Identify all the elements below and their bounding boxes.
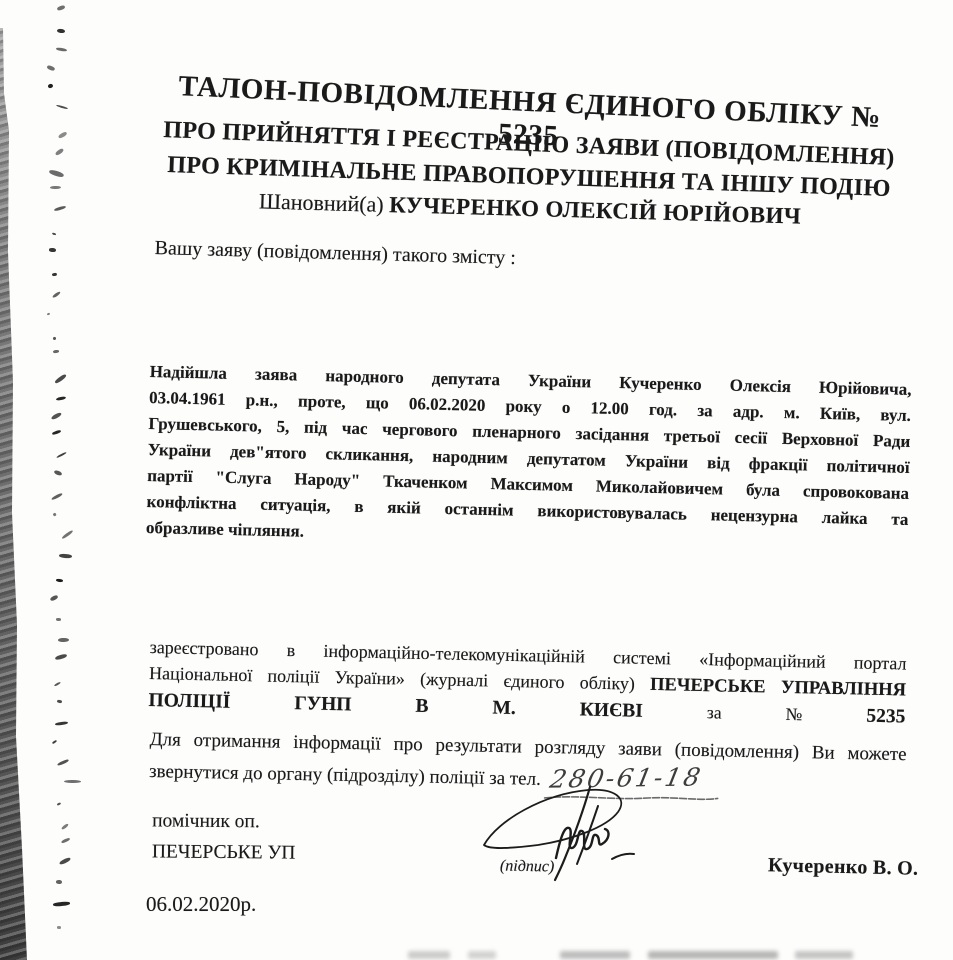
handwritten-signature-icon (466, 784, 648, 882)
salutation-prefix: Шановний(а) (259, 188, 385, 216)
signature-caption: (підпис) (500, 858, 555, 877)
statement-paragraph: Надійшла заява народного депутата Україн… (146, 359, 912, 559)
police-department-name: ПЕЧЕРСЬКЕ УПРАВЛІННЯ (650, 675, 906, 701)
numero-sign: № (785, 701, 802, 727)
registration-word: В (415, 694, 429, 720)
registration-word: ГУНП (294, 691, 352, 718)
scan-edge-shadow (0, 28, 27, 960)
signer-position-block: помічник оп. ПЕЧЕРСЬКЕ УП (152, 805, 296, 868)
fold-crease-marks (0, 0, 120, 960)
intro-line: Вашу заяву (повідомлення) такого змісту … (154, 237, 516, 270)
scanned-document-page: ТАЛОН-ПОВІДОМЛЕННЯ ЄДИНОГО ОБЛІКУ № 5235… (0, 0, 953, 960)
registration-word: М. (492, 695, 516, 722)
registration-word: КИЄВІ (579, 697, 643, 724)
registration-paragraph: зареєстровано в інформаційно-телекомунік… (148, 634, 907, 730)
record-number: 5235 (866, 704, 906, 731)
officer-name: Кучеренко В. О. (768, 854, 919, 880)
document-date: 06.02.2020р. (146, 892, 256, 917)
signer-unit: ПЕЧЕРСЬКЕ УП (152, 836, 296, 868)
registration-word: ПОЛІЦІЇ (148, 688, 230, 716)
registration-word: за (707, 699, 722, 725)
signer-position: помічник оп. (152, 805, 296, 837)
